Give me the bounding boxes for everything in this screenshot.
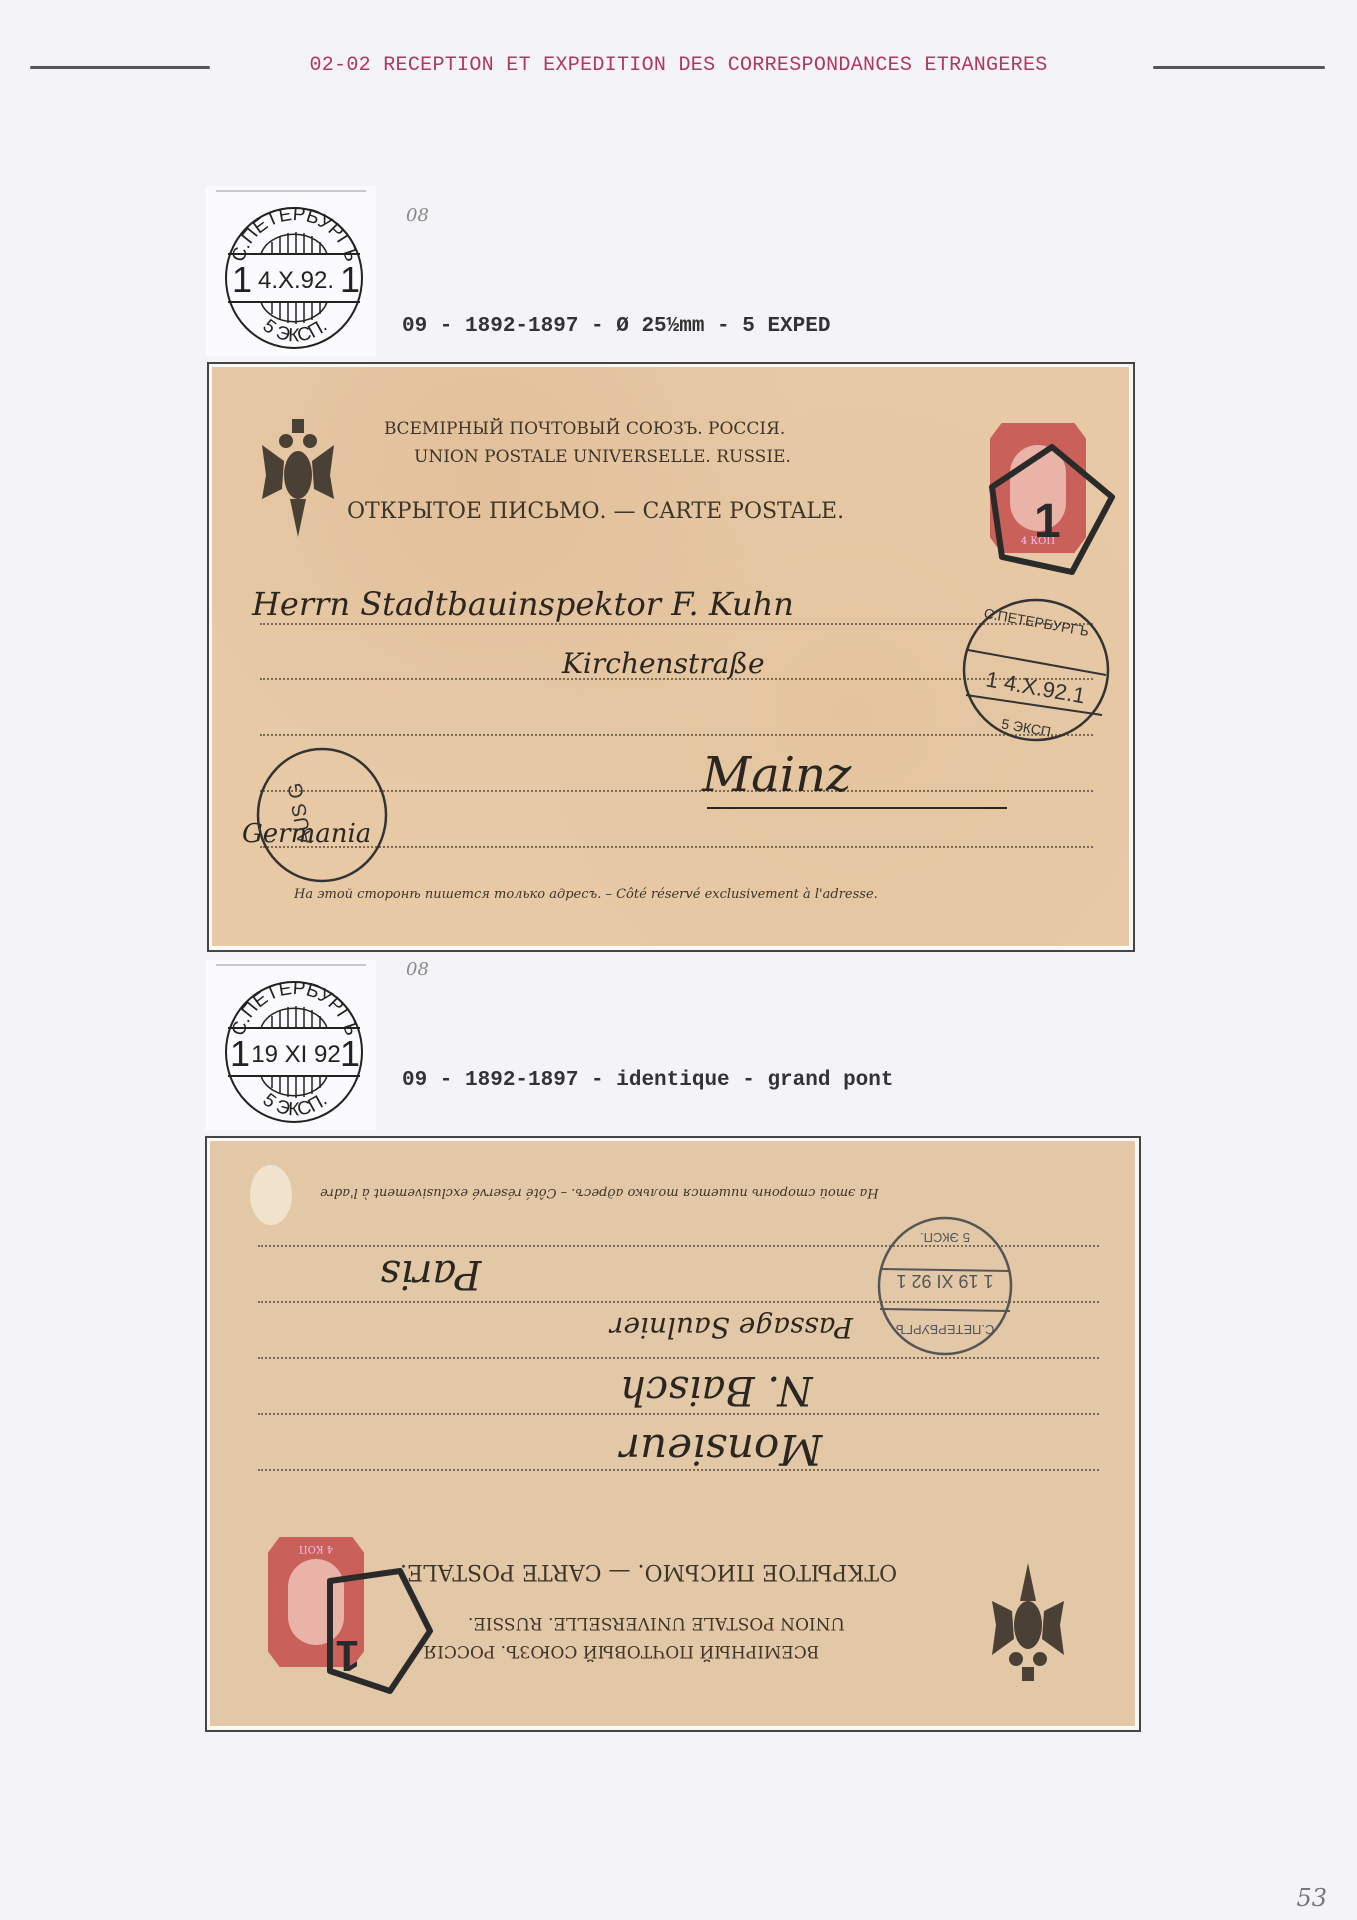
double-headed-eagle-icon — [990, 1559, 1066, 1685]
paper-thin-spot — [250, 1165, 292, 1225]
postmark-icon: С.ПЕТЕРБУРГЪ 1 4.X.92. 1 5 ЭКСП. — [206, 186, 376, 356]
double-headed-eagle-icon — [260, 415, 336, 541]
svg-text:1: 1 — [1034, 495, 1061, 548]
printed-footer: На этой сторонѣ пишется только адресъ. –… — [294, 887, 878, 902]
arrival-postmark-icon: AUS G — [242, 745, 392, 895]
postmark-icon: С.ПЕТЕРБУРГЪ 1 19 XI 92 1 5 ЭКСП. — [206, 960, 376, 1130]
address-line: Paris — [380, 1251, 481, 1297]
svg-text:С.ПЕТЕРБУРГЪ: С.ПЕТЕРБУРГЪ — [896, 1322, 995, 1337]
address-line: Kirchenstraße — [562, 647, 765, 680]
svg-text:4.X.92.: 4.X.92. — [258, 267, 334, 294]
svg-text:1: 1 — [340, 259, 360, 300]
description-line: 09 - 1892-1897 - identique - grand pont — [402, 1067, 988, 1094]
svg-text:5 ЭКСП.: 5 ЭКСП. — [1000, 715, 1056, 740]
printed-header-ru: ВСЕМIРНЫЙ ПОЧТОВЫЙ СОЮЗЪ. РОССIЯ. — [418, 1641, 819, 1661]
numeral-cancel-icon: 1 — [972, 437, 1122, 587]
pencil-reference: 08 — [406, 956, 429, 983]
numeral-cancel-icon: 1 — [310, 1561, 440, 1701]
printed-header-fr: UNION POSTALE UNIVERSELLE. RUSSIE. — [468, 1613, 845, 1633]
address-line: Herrn Stadtbauinspektor F. Kuhn — [252, 585, 794, 623]
printed-header-ru: ВСЕМIРНЫЙ ПОЧТОВЫЙ СОЮЗЪ. РОССIЯ. — [384, 419, 785, 439]
description-line: 09 - 1892-1897 - Ø 25½mm - 5 EXPED — [402, 313, 900, 340]
svg-text:1 4.X.92.1: 1 4.X.92.1 — [984, 666, 1087, 708]
printed-title: ОТКРЫТОЕ ПИСЬМО. — CARTE POSTALE. — [400, 1559, 897, 1584]
pencil-reference: 08 — [406, 202, 429, 229]
svg-text:1: 1 — [340, 1033, 360, 1074]
printed-footer: На этой сторонѣ пишется только адресъ. –… — [320, 1185, 879, 1200]
svg-text:AUS G: AUS G — [284, 781, 316, 846]
address-line: Passage Saulnier — [610, 1311, 853, 1344]
postcard-frame-2: На этой сторонѣ пишется только адресъ. –… — [205, 1136, 1141, 1732]
svg-text:1: 1 — [232, 259, 252, 300]
postcard-1: ВСЕМIРНЫЙ ПОЧТОВЫЙ СОЮЗЪ. РОССIЯ. UNION … — [212, 367, 1129, 946]
reference-postmark-2: С.ПЕТЕРБУРГЪ 1 19 XI 92 1 5 ЭКСП. — [206, 960, 376, 1130]
address-line: Mainz — [702, 747, 851, 803]
svg-text:5 ЭКСП.: 5 ЭКСП. — [920, 1230, 970, 1245]
svg-text:1: 1 — [230, 1033, 250, 1074]
page-number: 53 — [1296, 1884, 1327, 1912]
printed-header-fr: UNION POSTALE UNIVERSELLE. RUSSIE. — [414, 447, 791, 467]
svg-text:19 XI 92: 19 XI 92 — [251, 1041, 340, 1068]
address-line: Monsieur — [620, 1425, 822, 1474]
svg-text:1: 1 — [336, 1631, 360, 1680]
reference-postmark-1: С.ПЕТЕРБУРГЪ 1 4.X.92. 1 5 ЭКСП. — [206, 186, 376, 356]
printed-title: ОТКРЫТОЕ ПИСЬМО. — CARTE POSTALE. — [347, 499, 844, 524]
departure-postmark-icon: 1 4.X.92.1 С.ПЕТЕРБУРГЪ 5 ЭКСП. — [956, 595, 1116, 745]
postcard-2: На этой сторонѣ пишется только адресъ. –… — [210, 1141, 1135, 1726]
address-line: N. Baisch — [620, 1367, 813, 1413]
departure-postmark-icon: 1 19 XI 92 1 С.ПЕТЕРБУРГЪ 5 ЭКСП. — [870, 1211, 1020, 1361]
svg-text:1 19 XI 92 1: 1 19 XI 92 1 — [896, 1271, 993, 1291]
postcard-frame-1: ВСЕМIРНЫЙ ПОЧТОВЫЙ СОЮЗЪ. РОССIЯ. UNION … — [207, 362, 1135, 952]
header-rule-right — [1153, 66, 1325, 69]
